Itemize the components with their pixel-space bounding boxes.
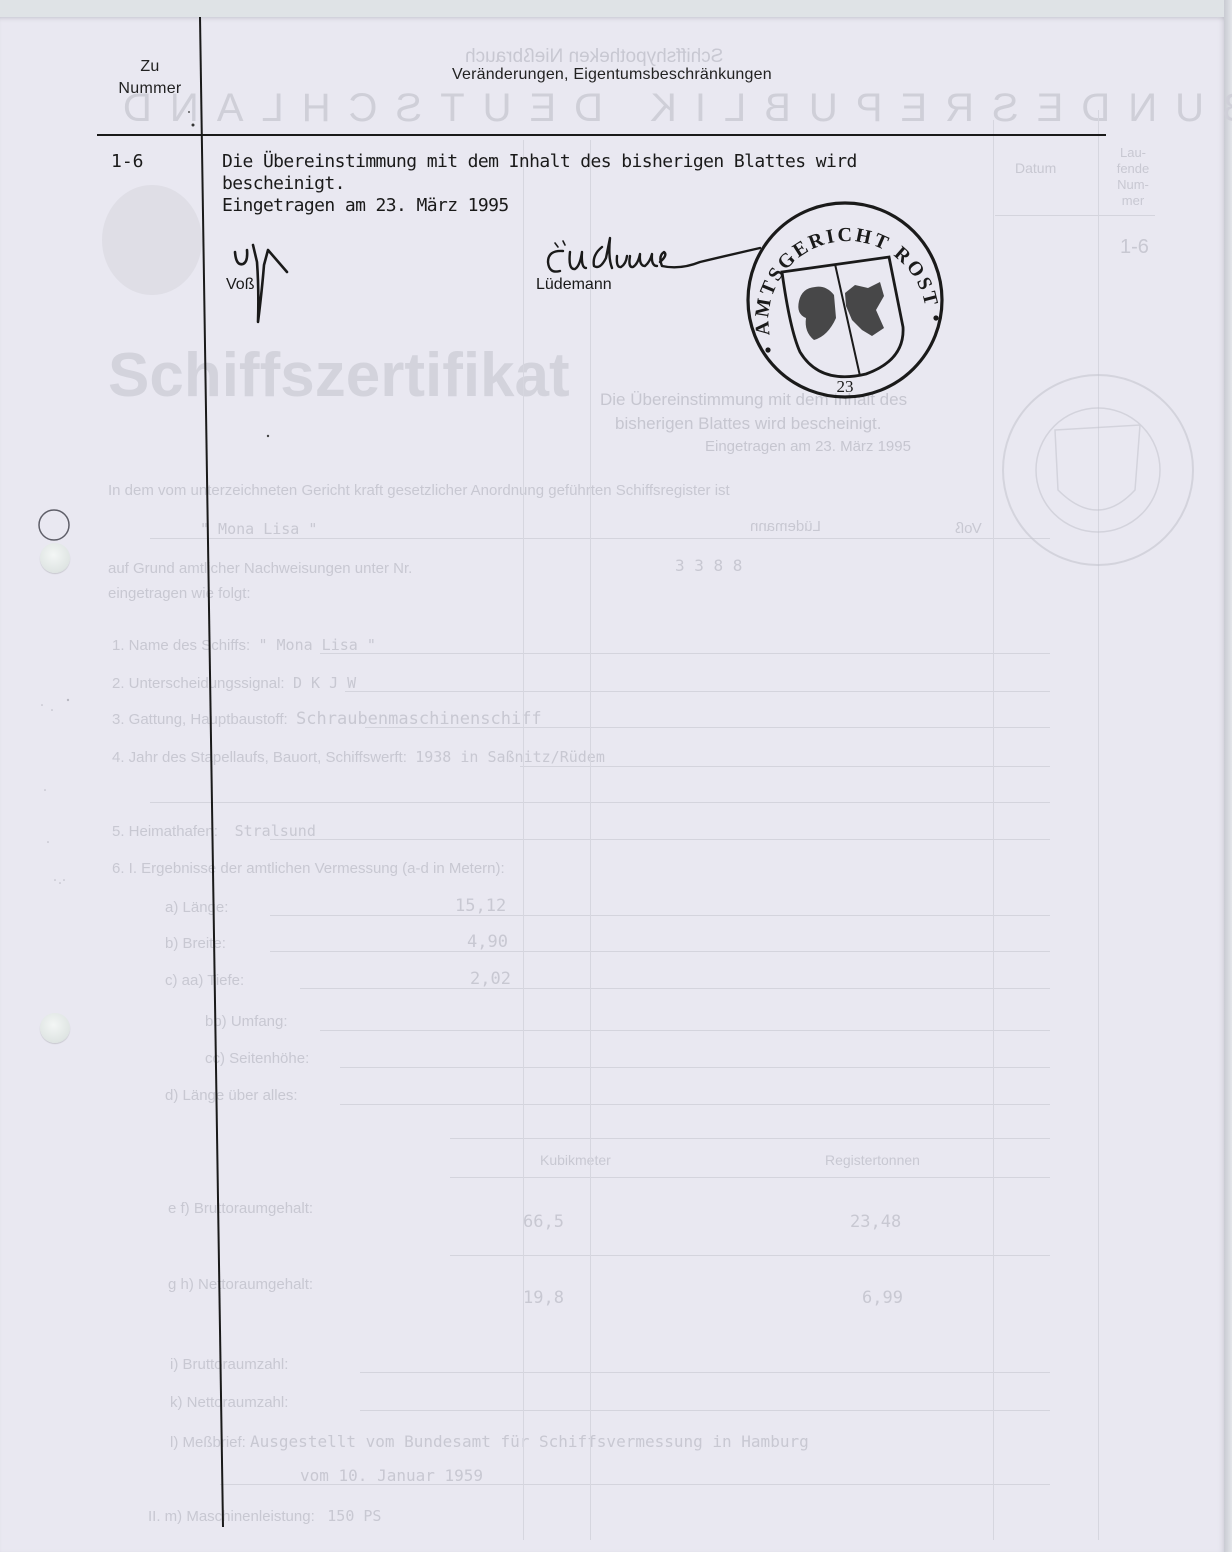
ghost-line <box>520 766 1050 767</box>
ghost-line <box>270 915 1050 916</box>
ghost-line <box>995 215 1155 216</box>
ghost-line <box>150 802 1050 803</box>
ghost-line <box>450 1177 1050 1178</box>
punch-hole-lower <box>40 1013 70 1043</box>
page-edge-shadow <box>1224 0 1232 1552</box>
signature-name-luedemann: Lüdemann <box>536 276 612 294</box>
entry-line: Eingetragen am 23. März 1995 <box>222 195 857 217</box>
ghost-column-line <box>523 140 524 1540</box>
ghost-column-line <box>590 140 591 1540</box>
document-page <box>0 17 1226 1552</box>
ghost-line <box>345 691 1050 692</box>
ghost-line <box>270 951 1050 952</box>
signature-name-voss: Voß <box>226 276 254 294</box>
ghost-line <box>270 839 1050 840</box>
ghost-line <box>340 1067 1050 1068</box>
column-header-line2: Nummer <box>108 78 192 100</box>
ghost-line <box>450 1255 1050 1256</box>
ghost-column-line <box>1098 110 1099 1540</box>
ghost-line <box>360 1410 1050 1411</box>
header-divider <box>97 134 1106 136</box>
entry-number: 1-6 <box>111 151 144 172</box>
ghost-line <box>150 538 1050 539</box>
ghost-line <box>360 1372 1050 1373</box>
ghost-line <box>220 1484 1050 1485</box>
entry-text: Die Übereinstimmung mit dem Inhalt des b… <box>222 151 857 217</box>
ghost-column-line <box>993 120 994 1540</box>
ghost-line <box>365 727 1050 728</box>
column-header-zu-nummer: Zu Nummer <box>108 56 192 100</box>
ghost-line <box>320 1030 1050 1031</box>
column-header-title: Veränderungen, Eigentumsbeschränkungen <box>452 66 772 84</box>
ghost-line <box>320 653 1050 654</box>
ghost-line <box>450 1138 1050 1139</box>
column-header-line1: Zu <box>108 56 192 78</box>
entry-line: Die Übereinstimmung mit dem Inhalt des b… <box>222 151 857 173</box>
entry-line: bescheinigt. <box>222 173 857 195</box>
ghost-line <box>340 1104 1050 1105</box>
ghost-line <box>300 988 1050 989</box>
punch-hole-upper <box>40 543 70 573</box>
